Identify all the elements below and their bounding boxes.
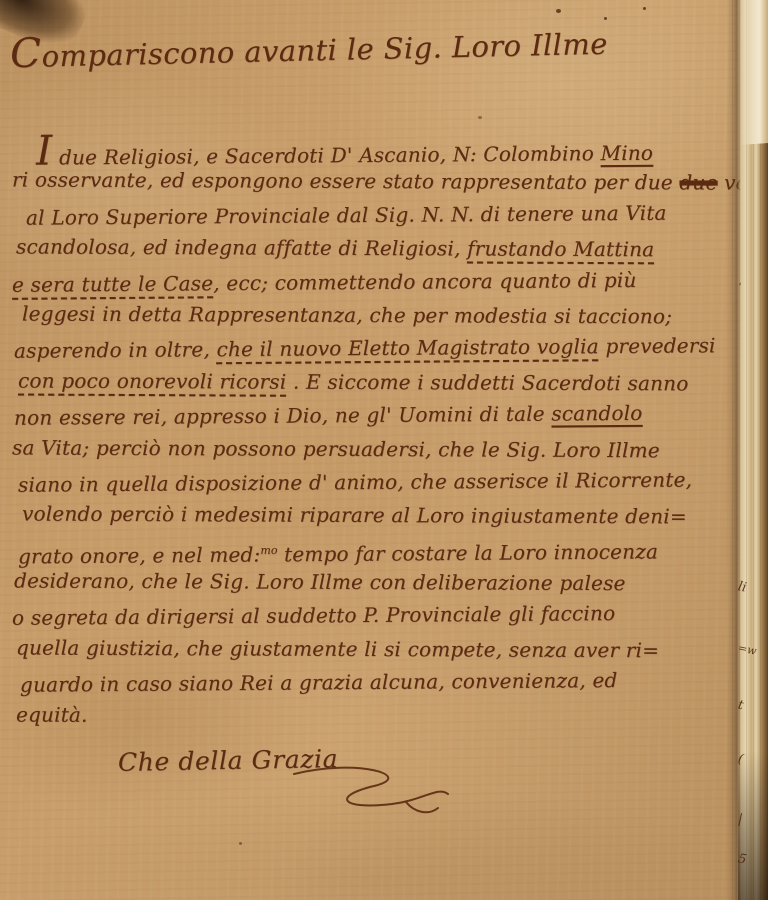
manuscript-line: quella giustizia, che giustamente li si … xyxy=(12,631,724,667)
manuscript-line: al Loro Superiore Provinciale dal Sig. N… xyxy=(12,196,724,235)
text-segment: con poco onorevoli ricorsi xyxy=(18,368,287,393)
paper-speck xyxy=(556,9,561,13)
text-segment: frustando Mattina xyxy=(467,237,654,262)
text-segment: volendo perciò i medesimi riparare al Lo… xyxy=(22,502,687,529)
text-segment: siano in quella disposizione d' animo, c… xyxy=(18,467,692,496)
text-segment: due xyxy=(679,171,717,195)
text-segment: ri osservante, ed espongono essere stato… xyxy=(12,168,680,195)
text-segment: , ecc; commettendo ancora quanto di più xyxy=(213,267,636,294)
text-segment: che il nuovo Eletto Magistrato voglia xyxy=(216,335,598,362)
manuscript-body: I due Religiosi, e Sacerdoti D' Ascanio,… xyxy=(12,132,724,733)
manuscript-line: o segreta da dirigersi al suddetto P. Pr… xyxy=(12,597,724,636)
manuscript-line: I due Religiosi, e Sacerdoti D' Ascanio,… xyxy=(12,129,724,168)
manuscript-line: non essere rei, appresso i Dio, ne gl' U… xyxy=(12,396,724,435)
manuscript-line: volendo perciò i medesimi riparare al Lo… xyxy=(12,498,724,534)
manuscript-line: asperendo in oltre, che il nuovo Eletto … xyxy=(12,330,724,369)
manuscript-line: grato onore, e nel med:mo tempo far cost… xyxy=(12,530,724,569)
text-segment: o segreta da dirigersi al suddetto P. Pr… xyxy=(12,602,615,631)
bleedthrough-ink-mark: 5 xyxy=(737,851,748,867)
text-segment: e sera tutte le Case xyxy=(12,271,213,297)
manuscript-line: guardo in caso siano Rei a grazia alcuna… xyxy=(12,663,724,702)
manuscript-line: sa Vita; perciò non possono persuadersi,… xyxy=(12,431,724,467)
text-segment: equità. xyxy=(16,702,88,726)
bleedthrough-ink-mark: li xyxy=(737,579,748,595)
text-segment: scandolosa, ed indegna affatte di Religi… xyxy=(16,235,467,261)
manuscript-line: e sera tutte le Case, ecc; commettendo a… xyxy=(12,263,724,302)
text-segment: tempo far costare la Loro innocenza xyxy=(277,539,658,566)
text-segment: . E siccome i suddetti Sacerdoti sanno xyxy=(286,369,688,395)
manuscript-line: siano in quella disposizione d' animo, c… xyxy=(12,463,724,502)
text-segment: quella giustizia, che giustamente li si … xyxy=(16,635,659,662)
text-segment: leggesi in detta Rappresentanza, che per… xyxy=(22,301,672,328)
page-edge-marks: 'li=wt(|5 xyxy=(732,0,766,900)
bleedthrough-ink-mark: =w xyxy=(737,641,758,658)
manuscript-page-photo: Compariscono avanti le Sig. Loro Illme I… xyxy=(0,0,768,900)
text-segment: desiderano, che le Sig. Loro Illme con d… xyxy=(14,569,626,596)
manuscript-title: Compariscono avanti le Sig. Loro Illme xyxy=(10,15,651,78)
paper-speck xyxy=(478,116,482,119)
text-segment: asperendo in oltre, xyxy=(14,338,217,364)
bleedthrough-ink-mark: t xyxy=(736,698,744,714)
bleedthrough-ink-mark: | xyxy=(736,812,743,828)
text-segment: scandolo xyxy=(551,401,642,426)
manuscript-line: ri osservante, ed espongono essere stato… xyxy=(12,164,724,200)
manuscript-line: desiderano, che le Sig. Loro Illme con d… xyxy=(12,565,724,601)
text-segment: non essere rei, appresso i Dio, ne gl' U… xyxy=(14,402,552,430)
text-segment: prevedersi xyxy=(599,334,716,359)
text-segment: al Loro Superiore Provinciale dal Sig. N… xyxy=(26,200,667,229)
text-segment: Mino xyxy=(600,141,653,165)
manuscript-line: leggesi in detta Rappresentanza, che per… xyxy=(12,297,724,333)
paper-speck xyxy=(239,842,242,845)
text-segment: guardo in caso siano Rei a grazia alcuna… xyxy=(20,668,618,697)
bleedthrough-ink-mark: ' xyxy=(737,282,742,293)
flourish-icon xyxy=(288,764,458,820)
manuscript-line: con poco onorevoli ricorsi . E siccome i… xyxy=(12,364,724,400)
text-segment: mo xyxy=(260,543,277,556)
text-segment: sa Vita; perciò non possono persuadersi,… xyxy=(12,435,660,462)
bleedthrough-ink-mark: ( xyxy=(736,752,744,768)
manuscript-line: equità. xyxy=(12,698,724,734)
paper-speck xyxy=(643,7,646,10)
manuscript-line: scandolosa, ed indegna affatte di Religi… xyxy=(12,231,724,267)
